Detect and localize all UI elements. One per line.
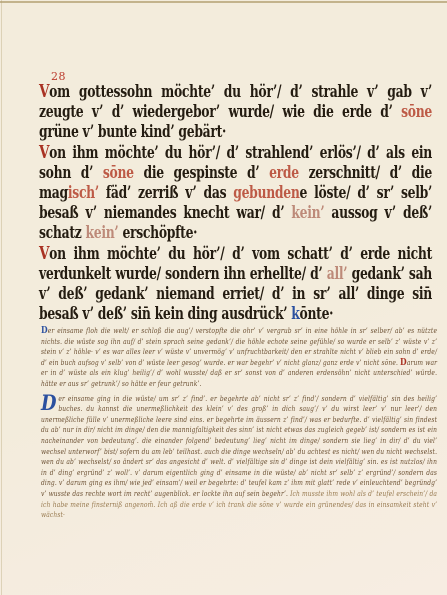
text-run: erschöpfte· (118, 223, 197, 242)
text-run: kein’ (291, 203, 324, 222)
incantation-paragraph-1: Vom gottessohn möchte’ du hör’/ d’ strah… (39, 82, 432, 143)
page-left-edge (1, 0, 2, 595)
text-run: V (39, 81, 49, 102)
incantation-paragraph-3: Von ihm möchte’ du hör’/ d’ vom schatt’ … (39, 244, 432, 325)
text-run: gebunden (233, 183, 299, 202)
text-run: all’ (327, 264, 348, 283)
text-run: er begehrte im äussern z’ find’/ was er … (41, 416, 439, 498)
text-run: isch’ (68, 183, 99, 202)
text-run: sōne (103, 163, 134, 182)
text-run: ōnte· (300, 304, 334, 323)
text-run: er einsame floh die welt/ er schloß die … (41, 327, 439, 367)
text-run: D (41, 394, 58, 411)
commentary-block: Der einsame floh die welt/ er schloß die… (41, 326, 437, 521)
commentary-paragraph-1: Der einsame floh die welt/ er schloß die… (41, 326, 437, 390)
text-run: D (41, 326, 48, 336)
text-run: fäd’ zerriß v’ das (99, 183, 233, 202)
commentary-paragraph-2: Der einsame ging in die wüste/ um sr’ z’… (41, 394, 437, 521)
incantation-paragraph-2: Von ihm möchte’ du hör’/ d’ strahlend’ e… (39, 143, 432, 244)
text-run: erde (269, 163, 299, 182)
text-run: V (39, 243, 49, 264)
text-run: sōne (401, 102, 432, 121)
calligraphic-text-block: Vom gottessohn möchte’ du hör’/ d’ strah… (39, 82, 432, 324)
text-run: kein’ (85, 223, 118, 242)
text-run: die gespinste d’ (134, 163, 269, 182)
page-top-edge (0, 1, 447, 3)
text-run: om gottessohn möchte’ du hör’/ d’ strahl… (39, 82, 436, 121)
text-run: V (39, 142, 49, 163)
book-page-photo: 28 Vom gottessohn möchte’ du hör’/ d’ st… (0, 0, 447, 595)
